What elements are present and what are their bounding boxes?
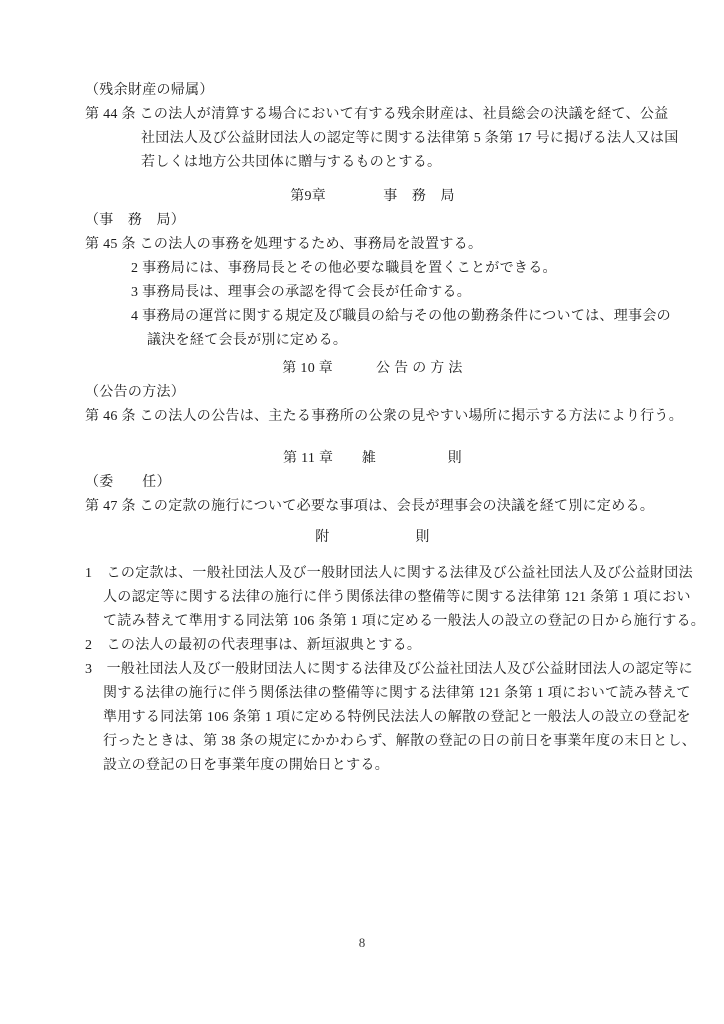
supplement-item-3-line-1: 3 一般社団法人及び一般財団法人に関する法律及び公益社団法人及び公益財団法人の認… (85, 658, 660, 682)
article-44-line-1: 第 44 条 この法人が清算する場合において有する残余財産は、社員総会の決議を経… (85, 103, 660, 127)
clause-label-delegation: （委 任） (85, 471, 660, 495)
supplement-item-3-line-4: 行ったときは、第 38 条の規定にかかわらず、解散の登記の日の前日を事業年度の末… (85, 730, 660, 754)
article-45-item-4-line-1: 4 事務局の運営に関する規定及び職員の給与その他の勤務条件については、理事会の (85, 305, 660, 329)
chapter-10-heading: 第 10 章 公 告 の 方 法 (85, 357, 660, 381)
article-45-item-4-line-2: 議決を経て会長が別に定める。 (85, 329, 660, 353)
article-45-item-2: 2 事務局には、事務局長とその他必要な職員を置くことができる。 (85, 257, 660, 281)
supplement-item-1-line-2: 人の認定等に関する法律の施行に伴う関係法律の整備等に関する法律第 121 条第 … (85, 586, 660, 610)
article-44-line-3: 若しくは地方公共団体に贈与するものとする。 (85, 151, 660, 175)
article-44-line-2: 社団法人及び公益財団法人の認定等に関する法律第 5 条第 17 号に掲げる法人又… (85, 127, 660, 151)
document-content: （残余財産の帰属） 第 44 条 この法人が清算する場合において有する残余財産は… (0, 0, 724, 778)
clause-label-residual-assets: （残余財産の帰属） (85, 79, 660, 103)
document-page: （残余財産の帰属） 第 44 条 この法人が清算する場合において有する残余財産は… (0, 0, 724, 1024)
article-46-line-1: 第 46 条 この法人の公告は、主たる事務所の公衆の見やすい場所に掲示する方法に… (85, 405, 660, 429)
chapter-9-heading: 第9章 事 務 局 (85, 185, 660, 209)
supplement-item-2: 2 この法人の最初の代表理事は、新垣淑典とする。 (85, 634, 660, 658)
article-45-item-3: 3 事務局長は、理事会の承認を得て会長が任命する。 (85, 281, 660, 305)
page-number: 8 (0, 933, 724, 953)
article-47-line-1: 第 47 条 この定款の施行について必要な事項は、会長が理事会の決議を経て別に定… (85, 495, 660, 519)
chapter-11-heading: 第 11 章 雑 則 (85, 447, 660, 471)
supplementary-provisions-heading: 附 則 (85, 526, 660, 550)
clause-label-secretariat: （事 務 局） (85, 209, 660, 233)
supplement-item-3-line-3: 準用する同法第 106 条第 1 項に定める特例民法法人の解散の登記と一般法人の… (85, 706, 660, 730)
supplement-item-1-line-3: て読み替えて準用する同法第 106 条第 1 項に定める一般法人の設立の登記の日… (85, 610, 660, 634)
supplement-item-1-line-1: 1 この定款は、一般社団法人及び一般財団法人に関する法律及び公益社団法人及び公益… (85, 562, 660, 586)
supplement-item-3-line-5: 設立の登記の日を事業年度の開始日とする。 (85, 754, 660, 778)
article-45-line-1: 第 45 条 この法人の事務を処理するため、事務局を設置する。 (85, 233, 660, 257)
supplement-item-3-line-2: 関する法律の施行に伴う関係法律の整備等に関する法律第 121 条第 1 項におい… (85, 682, 660, 706)
clause-label-public-notice: （公告の方法） (85, 381, 660, 405)
